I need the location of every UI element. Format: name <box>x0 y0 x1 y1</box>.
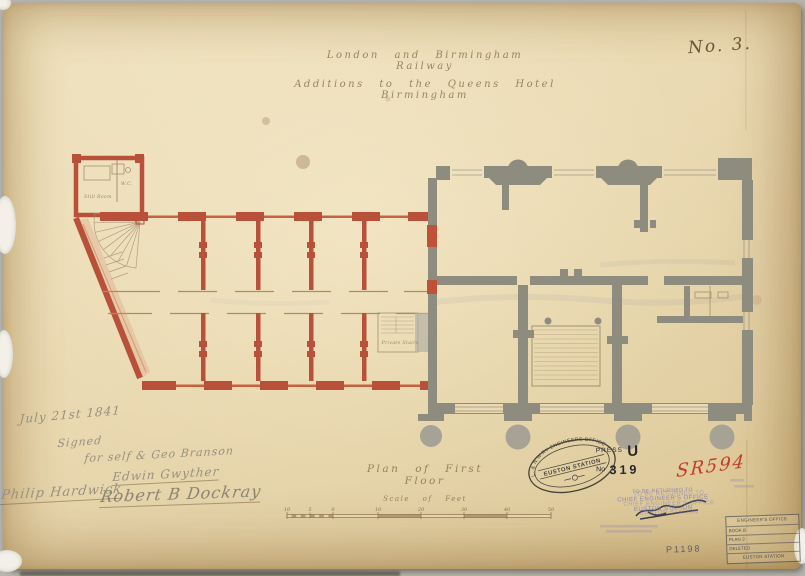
catalogue-number-stamp: P1198 <box>666 543 702 554</box>
scale-tick: 50 <box>544 507 558 513</box>
paper-edge-shadow <box>20 571 400 576</box>
scale-bar <box>287 512 551 519</box>
title-line1: London and Birmingham Railway <box>300 50 550 72</box>
box-stamp-footer: EUSTON STATION <box>727 551 799 564</box>
scale-label: Scale of Feet <box>355 495 495 503</box>
scale-tick: 20 <box>414 507 428 513</box>
press-label: PRESS <box>596 447 623 454</box>
box-book-value: B <box>743 528 746 533</box>
scale-tick: 10 <box>371 507 385 513</box>
oval-stamp-band-text: EUSTON STATION <box>543 458 601 478</box>
left-wing-new-additions <box>72 154 436 390</box>
box-plan-value: 3 <box>742 537 745 542</box>
scale-tick: 30 <box>457 507 471 513</box>
press-letter: U <box>627 443 638 460</box>
room-label-still-room: Still Room <box>84 195 112 200</box>
press-no-label: No <box>596 466 605 473</box>
grand-stair <box>532 318 602 387</box>
box-book-label: BOOK <box>729 528 742 533</box>
scanned-drawing: L. & N.W.RY ENGINEERS OFFICE EUSTON STAT… <box>0 0 805 576</box>
scale-tick: 0 <box>326 507 340 513</box>
scale-tick: 40 <box>500 507 514 513</box>
engineers-office-box-stamp: ENGINEER'S OFFICE BOOK B PLAN 3 DELETED … <box>725 514 801 565</box>
press-stamp: PRESS U No 319 <box>596 443 640 480</box>
room-label-private-stairs: Private Stairs <box>378 341 422 346</box>
room-label-wc: W.C. <box>121 182 133 187</box>
press-number: 319 <box>609 463 639 478</box>
scale-tick: 10 <box>280 507 294 513</box>
returned-stamp: TO BE RETURNED TO CHIEF ENGINEER'S OFFIC… <box>598 485 729 517</box>
title-line2: Additions to the Queens Hotel Birmingham <box>280 79 570 101</box>
box-deleted-label: DELETED <box>729 545 750 551</box>
plan-caption: Plan of First Floor <box>345 463 505 487</box>
back-stair <box>378 313 428 352</box>
scale-tick: 5 <box>303 507 317 513</box>
box-plan-label: PLAN <box>729 537 741 542</box>
